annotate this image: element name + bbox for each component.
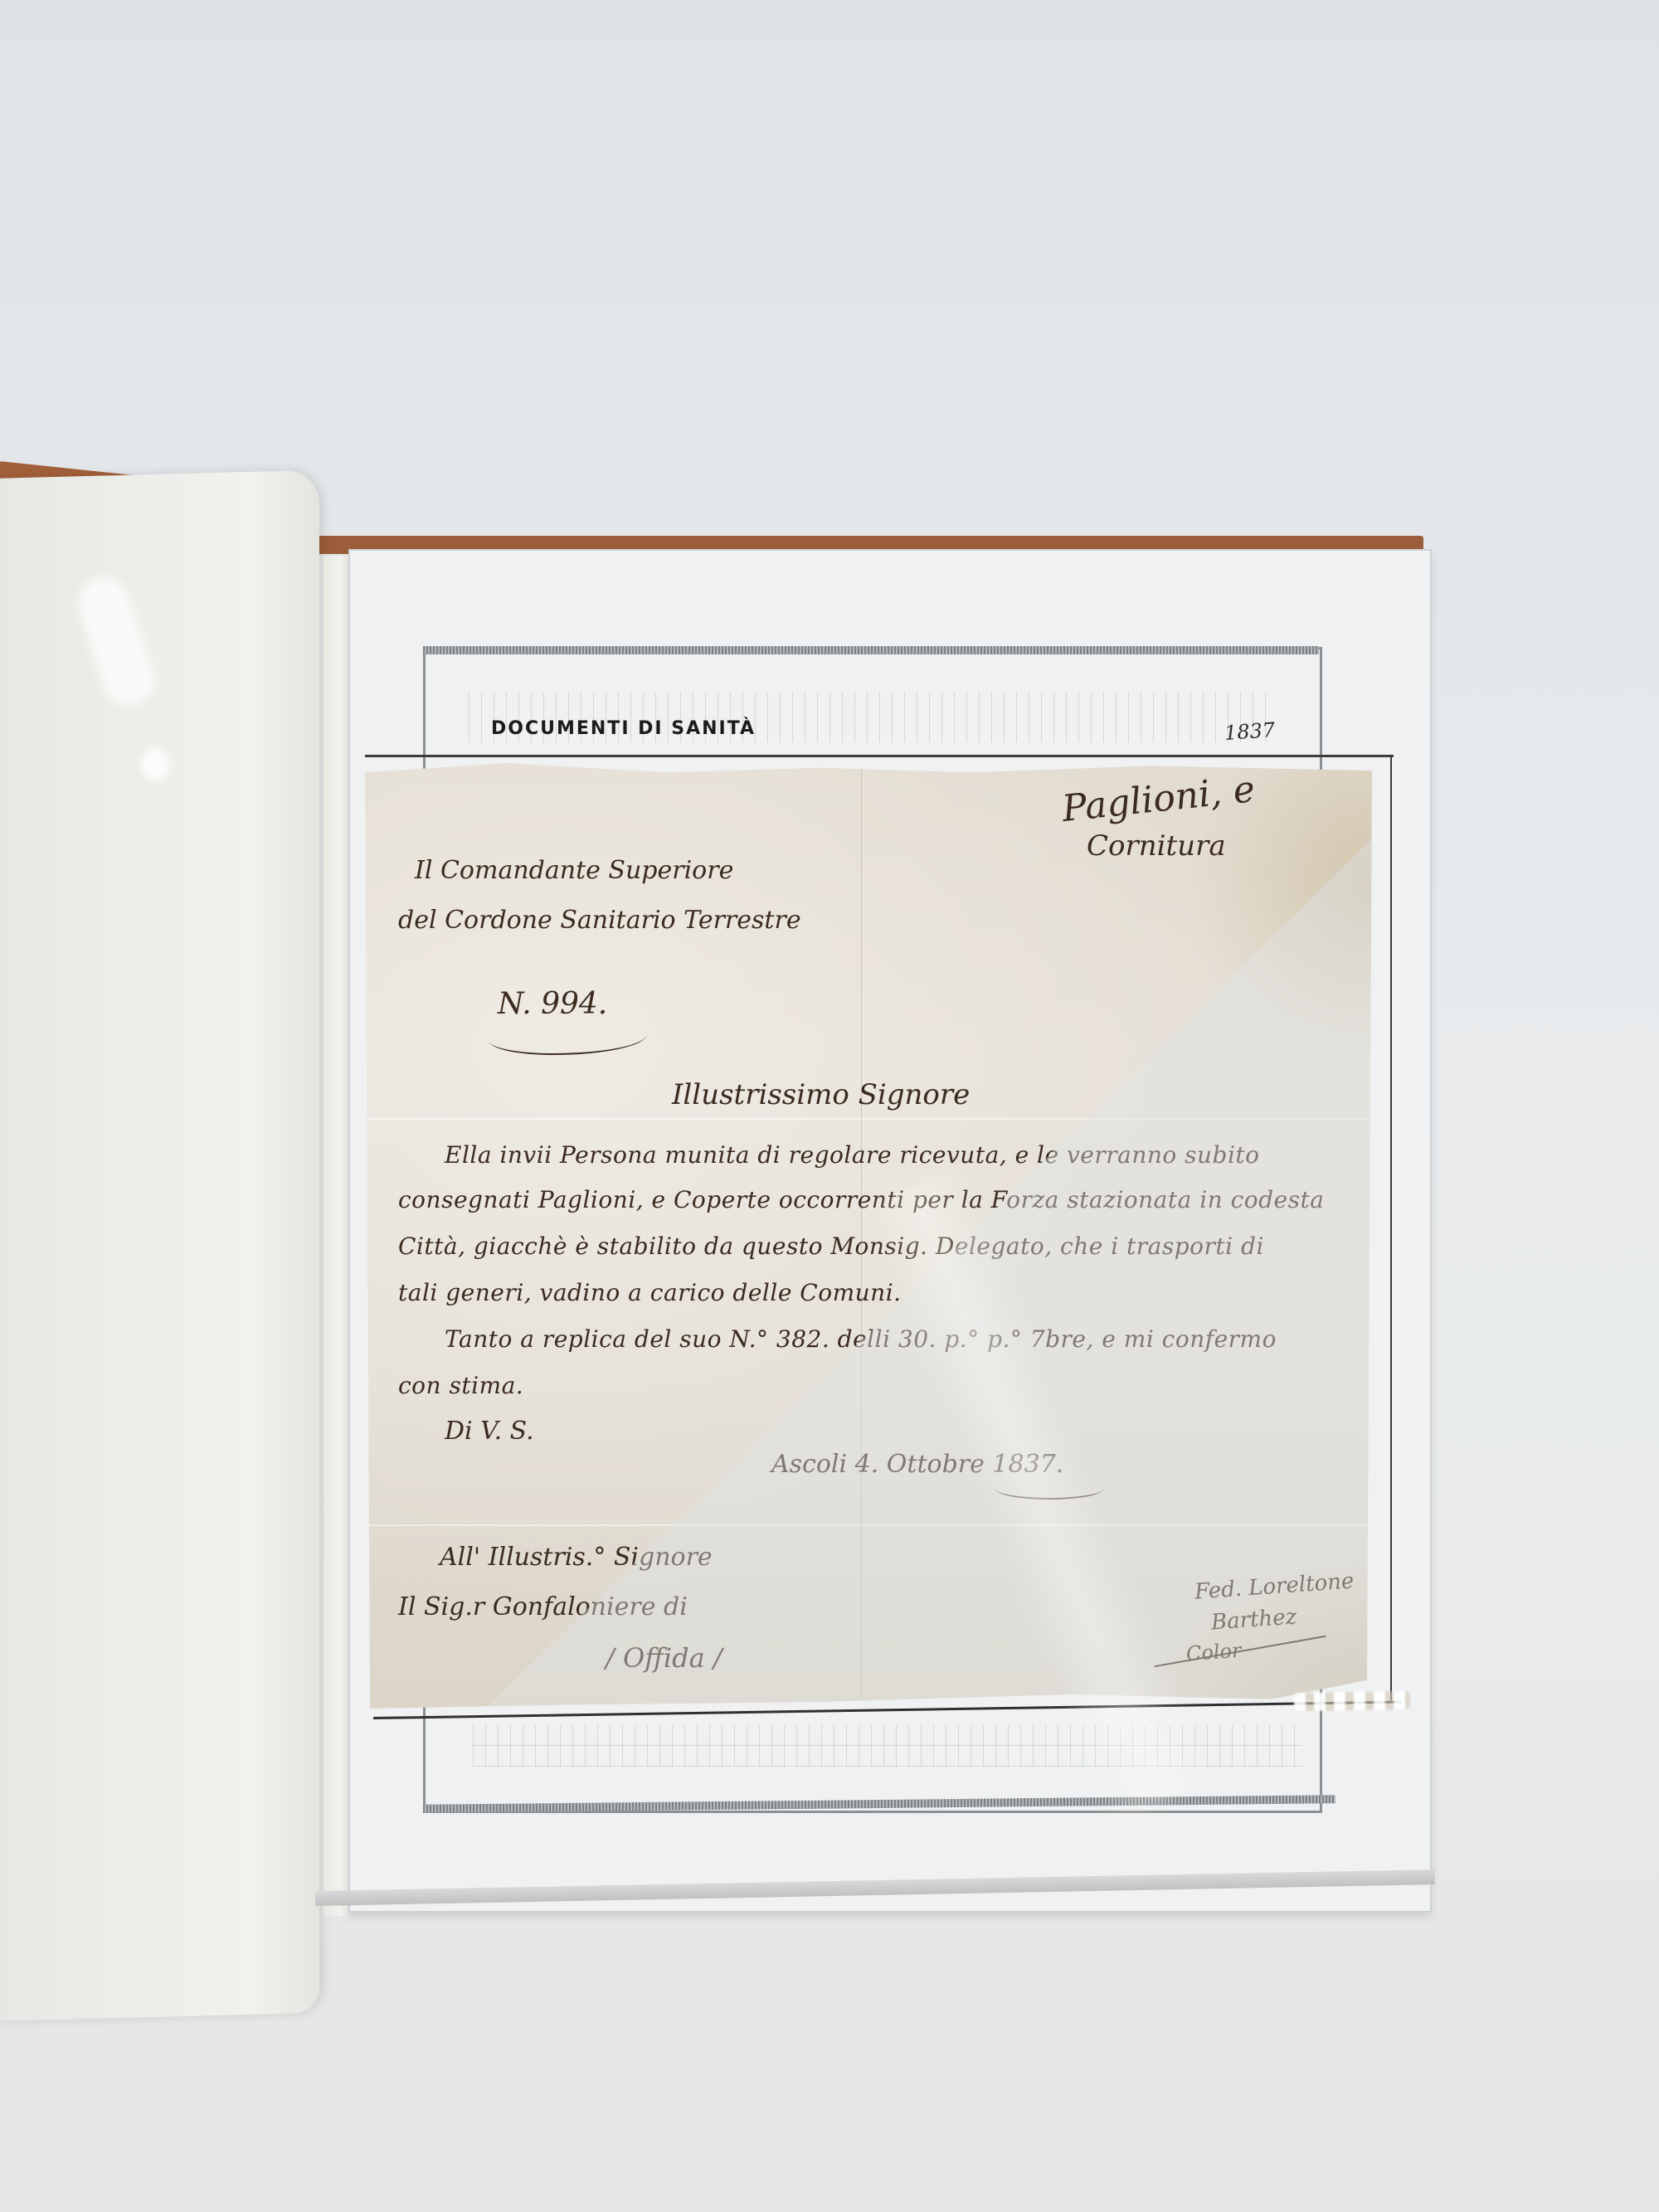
sleeve-wear-edge	[1294, 1691, 1410, 1711]
body-line: con stima.	[398, 1372, 523, 1399]
closing: Di V. S.	[445, 1417, 534, 1446]
protocol-number: N. 994.	[498, 987, 607, 1021]
album-left-page[interactable]	[0, 470, 319, 2022]
mount-strip-top	[365, 755, 1394, 757]
year-label: 1837	[1224, 718, 1276, 745]
frame-top-border	[423, 646, 1319, 654]
annotation-line-2: Cornitura	[1087, 829, 1226, 863]
section-title: DOCUMENTI DI SANITÀ	[491, 718, 756, 739]
glare-highlight	[141, 747, 169, 781]
salutation: Illustrissimo Signore	[672, 1078, 970, 1111]
letter-heading-line-2: del Cordone Sanitario Terrestre	[398, 906, 801, 935]
glare-highlight	[72, 571, 161, 712]
historical-letter: Paglioni, e Cornitura Il Comandante Supe…	[365, 763, 1372, 1709]
flourish-underline	[489, 1020, 647, 1055]
mount-strip-right	[1390, 755, 1392, 1700]
body-line: tali generi, vadino a carico delle Comun…	[398, 1279, 902, 1306]
letter-heading-line-1: Il Comandante Superiore	[415, 856, 733, 885]
